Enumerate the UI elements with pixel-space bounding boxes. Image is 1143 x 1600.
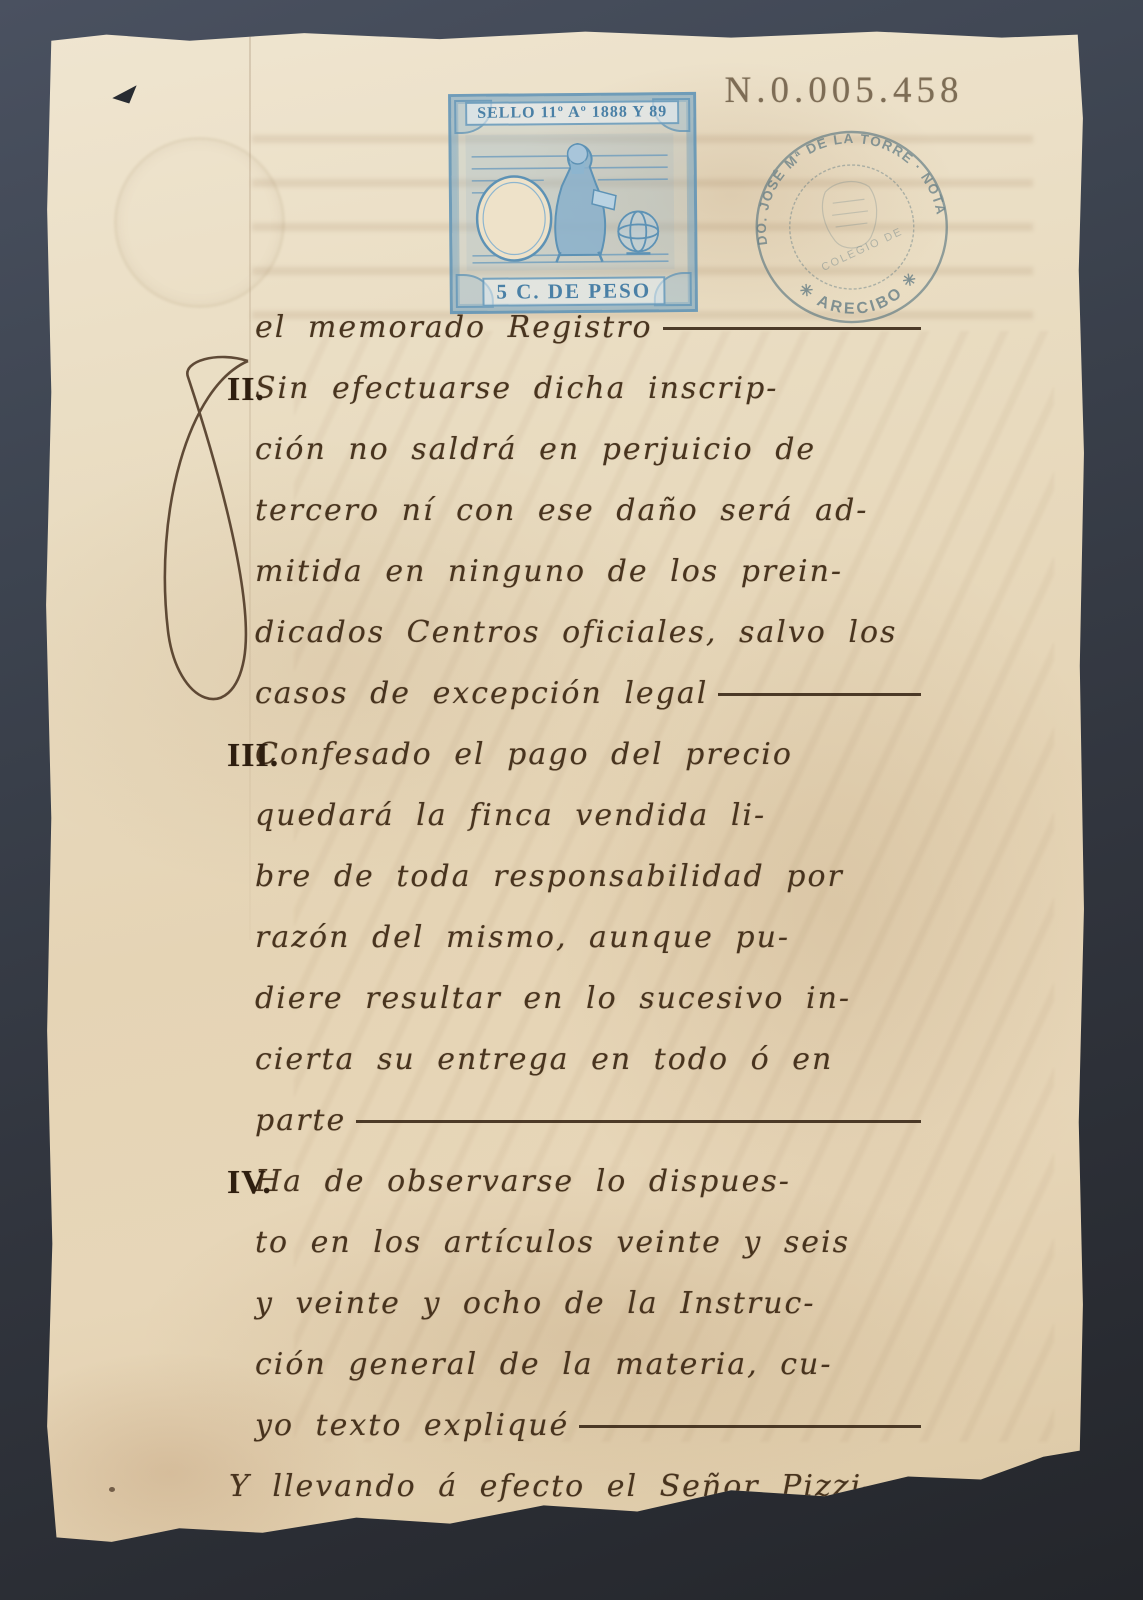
manuscript-line: IV. Ha de observarse lo dispues- (229, 1151, 921, 1212)
manuscript-line-text: ción general de la materia, cu- (255, 1334, 833, 1395)
manuscript-line-text: casos de excepción legal (255, 663, 708, 724)
manuscript-line-text: parte (255, 1090, 346, 1151)
manuscript-line: el memorado Registro (229, 297, 921, 358)
ink-spot (109, 1487, 115, 1492)
manuscript-line-text: bre de toda responsabilidad por (255, 846, 844, 907)
manuscript-line: Y llevando á efecto el Señor Pizzi- (229, 1456, 921, 1517)
manuscript-line: quedará la finca vendida li- (229, 785, 921, 846)
manuscript-line: ción general de la materia, cu- (229, 1334, 921, 1395)
manuscript-line: mitida en ninguno de los prein- (229, 541, 921, 602)
revenue-stamp: SELLO 11º Aº 1888 Y 89 5 (448, 92, 698, 314)
serial-number: N.0.005.458 (704, 69, 984, 112)
manuscript-line: III. Confesado el pago del precio (229, 724, 921, 785)
manuscript-line: II. Sin efectuarse dicha inscrip- (229, 358, 921, 419)
manuscript-line: tercero ní con ese daño será ad- (229, 480, 921, 541)
notary-stamp-inner-text: COLEGIO DE (820, 226, 905, 274)
manuscript-line-text: quedará la finca vendida li- (255, 785, 766, 846)
manuscript-line-text: cierta su entrega en todo ó en (255, 1029, 833, 1090)
section-marker: II. (227, 371, 265, 409)
embossed-blind-seal (114, 137, 285, 308)
manuscript-page: N.0.005.458 SELLO 11º Aº 1888 Y 89 (44, 27, 1085, 1548)
manuscript-line-text: Sin efectuarse dicha inscrip- (255, 358, 778, 419)
manuscript-line-text: tercero ní con ese daño será ad- (255, 480, 868, 541)
manuscript-line: razón del mismo, aunque pu- (229, 907, 921, 968)
manuscript-line: to en los artículos veinte y seis (229, 1212, 921, 1273)
allegorical-figure-engraving (465, 133, 674, 271)
manuscript-line-text: Y llevando á efecto el Señor Pizzi- (229, 1456, 874, 1517)
paper-tear-hole (111, 85, 139, 105)
manuscript-line: cierta su entrega en todo ó en (229, 1029, 921, 1090)
fill-rule (356, 1120, 921, 1123)
manuscript-text-block: el memorado Registro II. Sin efectuarse … (229, 297, 921, 1517)
fill-rule (718, 693, 921, 696)
manuscript-line-text: Ha de observarse lo dispues- (255, 1151, 791, 1212)
fill-rule (663, 327, 921, 330)
manuscript-line-text: diere resultar en lo sucesivo in- (255, 968, 851, 1029)
manuscript-line-text: dicados Centros oficiales, salvo los (255, 602, 897, 663)
section-marker: IV. (227, 1164, 272, 1202)
manuscript-line: casos de excepción legal (229, 663, 921, 724)
manuscript-line-text: el memorado Registro (255, 297, 653, 358)
manuscript-line-text: razón del mismo, aunque pu- (255, 907, 790, 968)
manuscript-line: y veinte y ocho de la Instruc- (229, 1273, 921, 1334)
manuscript-line: diere resultar en lo sucesivo in- (229, 968, 921, 1029)
scan-background: { "page": { "serial_number": "N.0.005.45… (0, 0, 1143, 1600)
manuscript-line-text: ción no saldrá en perjuicio de (255, 419, 816, 480)
manuscript-line: yo texto expliqué (229, 1395, 921, 1456)
manuscript-line: ción no saldrá en perjuicio de (229, 419, 921, 480)
stamp-title: SELLO 11º Aº 1888 Y 89 (465, 100, 679, 126)
section-marker: III. (227, 737, 279, 775)
manuscript-line: dicados Centros oficiales, salvo los (229, 602, 921, 663)
manuscript-line-text: yo texto expliqué (255, 1395, 569, 1456)
manuscript-line-text: y veinte y ocho de la Instruc- (255, 1273, 815, 1334)
manuscript-line-text: to en los artículos veinte y seis (255, 1212, 850, 1273)
manuscript-line: parte (229, 1090, 921, 1151)
fill-rule (579, 1425, 921, 1428)
manuscript-line-text: mitida en ninguno de los prein- (255, 541, 843, 602)
manuscript-line-text: Confesado el pago del precio (255, 724, 793, 785)
manuscript-line: bre de toda responsabilidad por (229, 846, 921, 907)
